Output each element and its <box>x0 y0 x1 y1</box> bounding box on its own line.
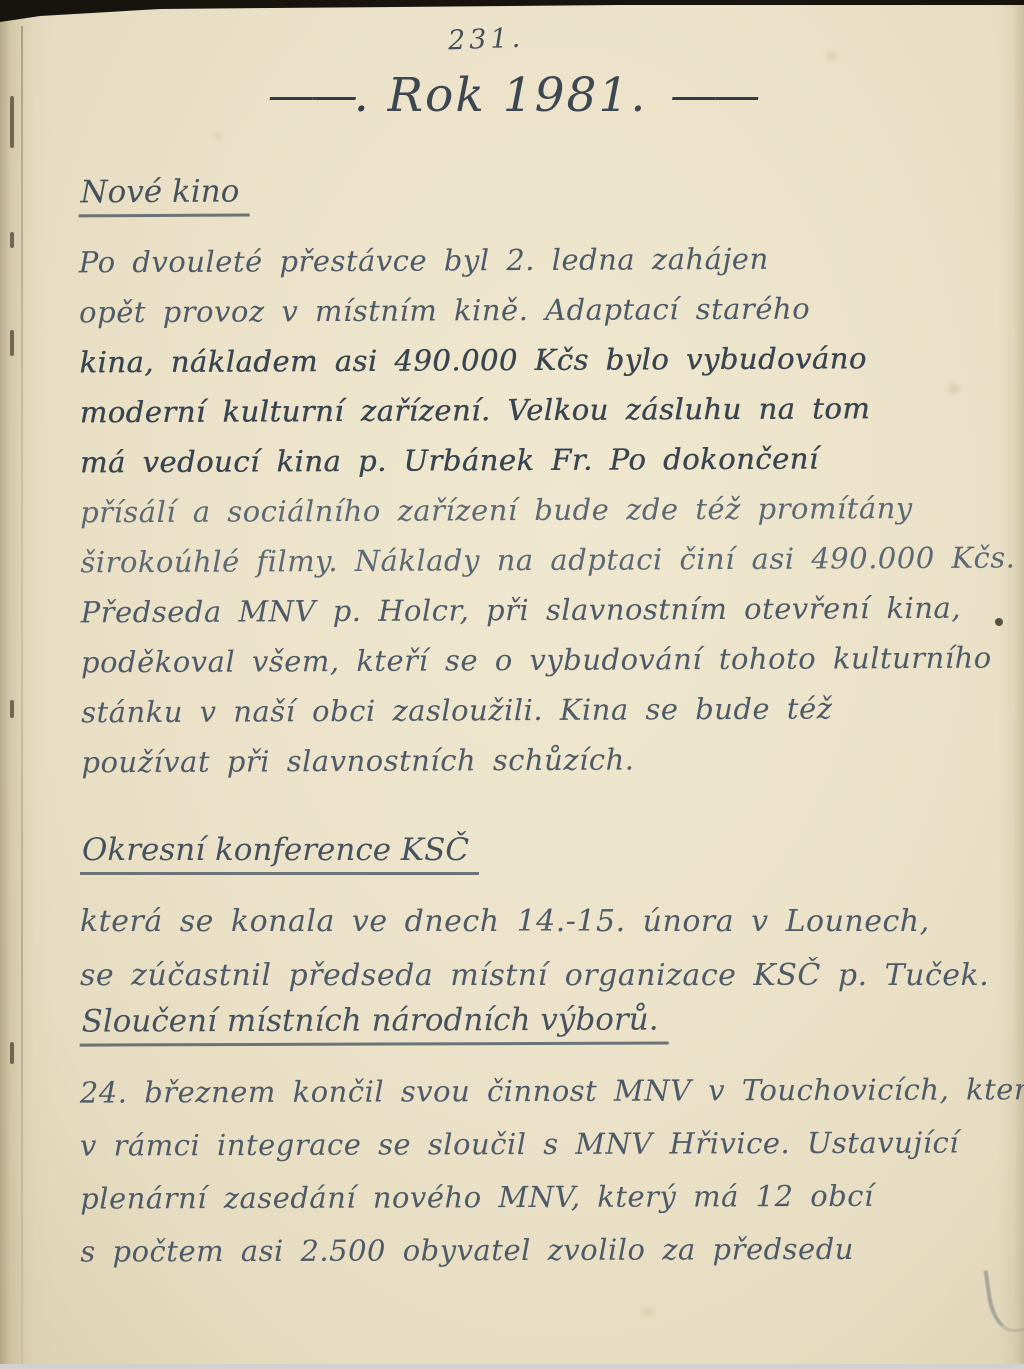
binding-stitch <box>10 232 14 248</box>
section-heading: Nové kino <box>78 173 249 217</box>
text-line: plenární zasedání nového MNV, který má 1… <box>80 1169 990 1225</box>
paper-stain <box>826 52 836 60</box>
text-line: s počtem asi 2.500 obyvatel zvolilo za p… <box>80 1222 990 1278</box>
page-title: ——. Rok 1981. —— <box>0 68 1024 123</box>
section-okresni-konference: Okresní konference KSČ která se konala v… <box>80 832 990 1003</box>
title-text: Rok 1981. <box>388 68 648 123</box>
binding-stitch <box>10 330 14 356</box>
text-line: Předseda MNV p. Holcr, při slavnostním o… <box>81 583 991 638</box>
text-line: přísálí a sociálního zařízení bude zde t… <box>80 483 990 538</box>
text-line: v rámci integrace se sloučil s MNV Hřivi… <box>80 1116 990 1172</box>
page-binding-fold <box>0 0 52 1369</box>
binding-stitch <box>10 96 14 148</box>
binding-stitch <box>10 700 14 718</box>
text-line: používat při slavnostních schůzích. <box>81 733 991 788</box>
text-line: kina, nákladem asi 490.000 Kčs bylo vybu… <box>79 333 989 388</box>
text-line: širokoúhlé filmy. Náklady na adptaci čin… <box>80 533 990 588</box>
text-line: opět provoz v místním kině. Adaptací sta… <box>79 283 989 338</box>
page-number: 231. <box>447 23 524 57</box>
binding-stitch <box>10 1042 14 1064</box>
paper-stain <box>214 133 221 139</box>
text-line: má vedoucí kina p. Urbánek Fr. Po dokonč… <box>80 433 990 488</box>
text-line: 24. březnem končil svou činnost MNV v To… <box>80 1063 990 1119</box>
section-body: Po dvouleté přestávce byl 2. ledna zaháj… <box>79 233 992 788</box>
section-heading: Okresní konference KSČ <box>80 832 479 875</box>
title-dash-left: ——. <box>268 68 365 123</box>
text-line: se zúčastnil předseda místní organizace … <box>80 949 990 1003</box>
section-heading: Sloučení místních národních výborů. <box>80 1002 669 1047</box>
text-line: poděkoval všem, kteří se o vybudování to… <box>81 633 991 688</box>
section-body: 24. březnem končil svou činnost MNV v To… <box>80 1063 991 1278</box>
text-line: stánku v naší obci zasloužili. Kina se b… <box>81 683 991 738</box>
text-line: Po dvouleté přestávce byl 2. ledna zaháj… <box>79 233 989 288</box>
fold-crease <box>21 26 23 1369</box>
text-line: moderní kulturní zařízení. Velkou zásluh… <box>80 383 990 438</box>
section-body: která se konala ve dnech 14.-15. února v… <box>80 895 990 1003</box>
scan-bottom-edge <box>0 1364 1024 1369</box>
section-nove-kino: Nové kino Po dvouleté přestávce byl 2. l… <box>78 170 991 788</box>
page-right-edge <box>998 0 1024 1369</box>
chronicle-page: 231. ——. Rok 1981. —— Nové kino Po dvoul… <box>0 0 1024 1369</box>
section-slouceni-mnv: Sloučení místních národních výborů. 24. … <box>80 1000 991 1278</box>
text-line: která se konala ve dnech 14.-15. února v… <box>80 895 990 949</box>
title-dash-right: —— <box>670 68 756 123</box>
paper-stain <box>642 1308 654 1316</box>
